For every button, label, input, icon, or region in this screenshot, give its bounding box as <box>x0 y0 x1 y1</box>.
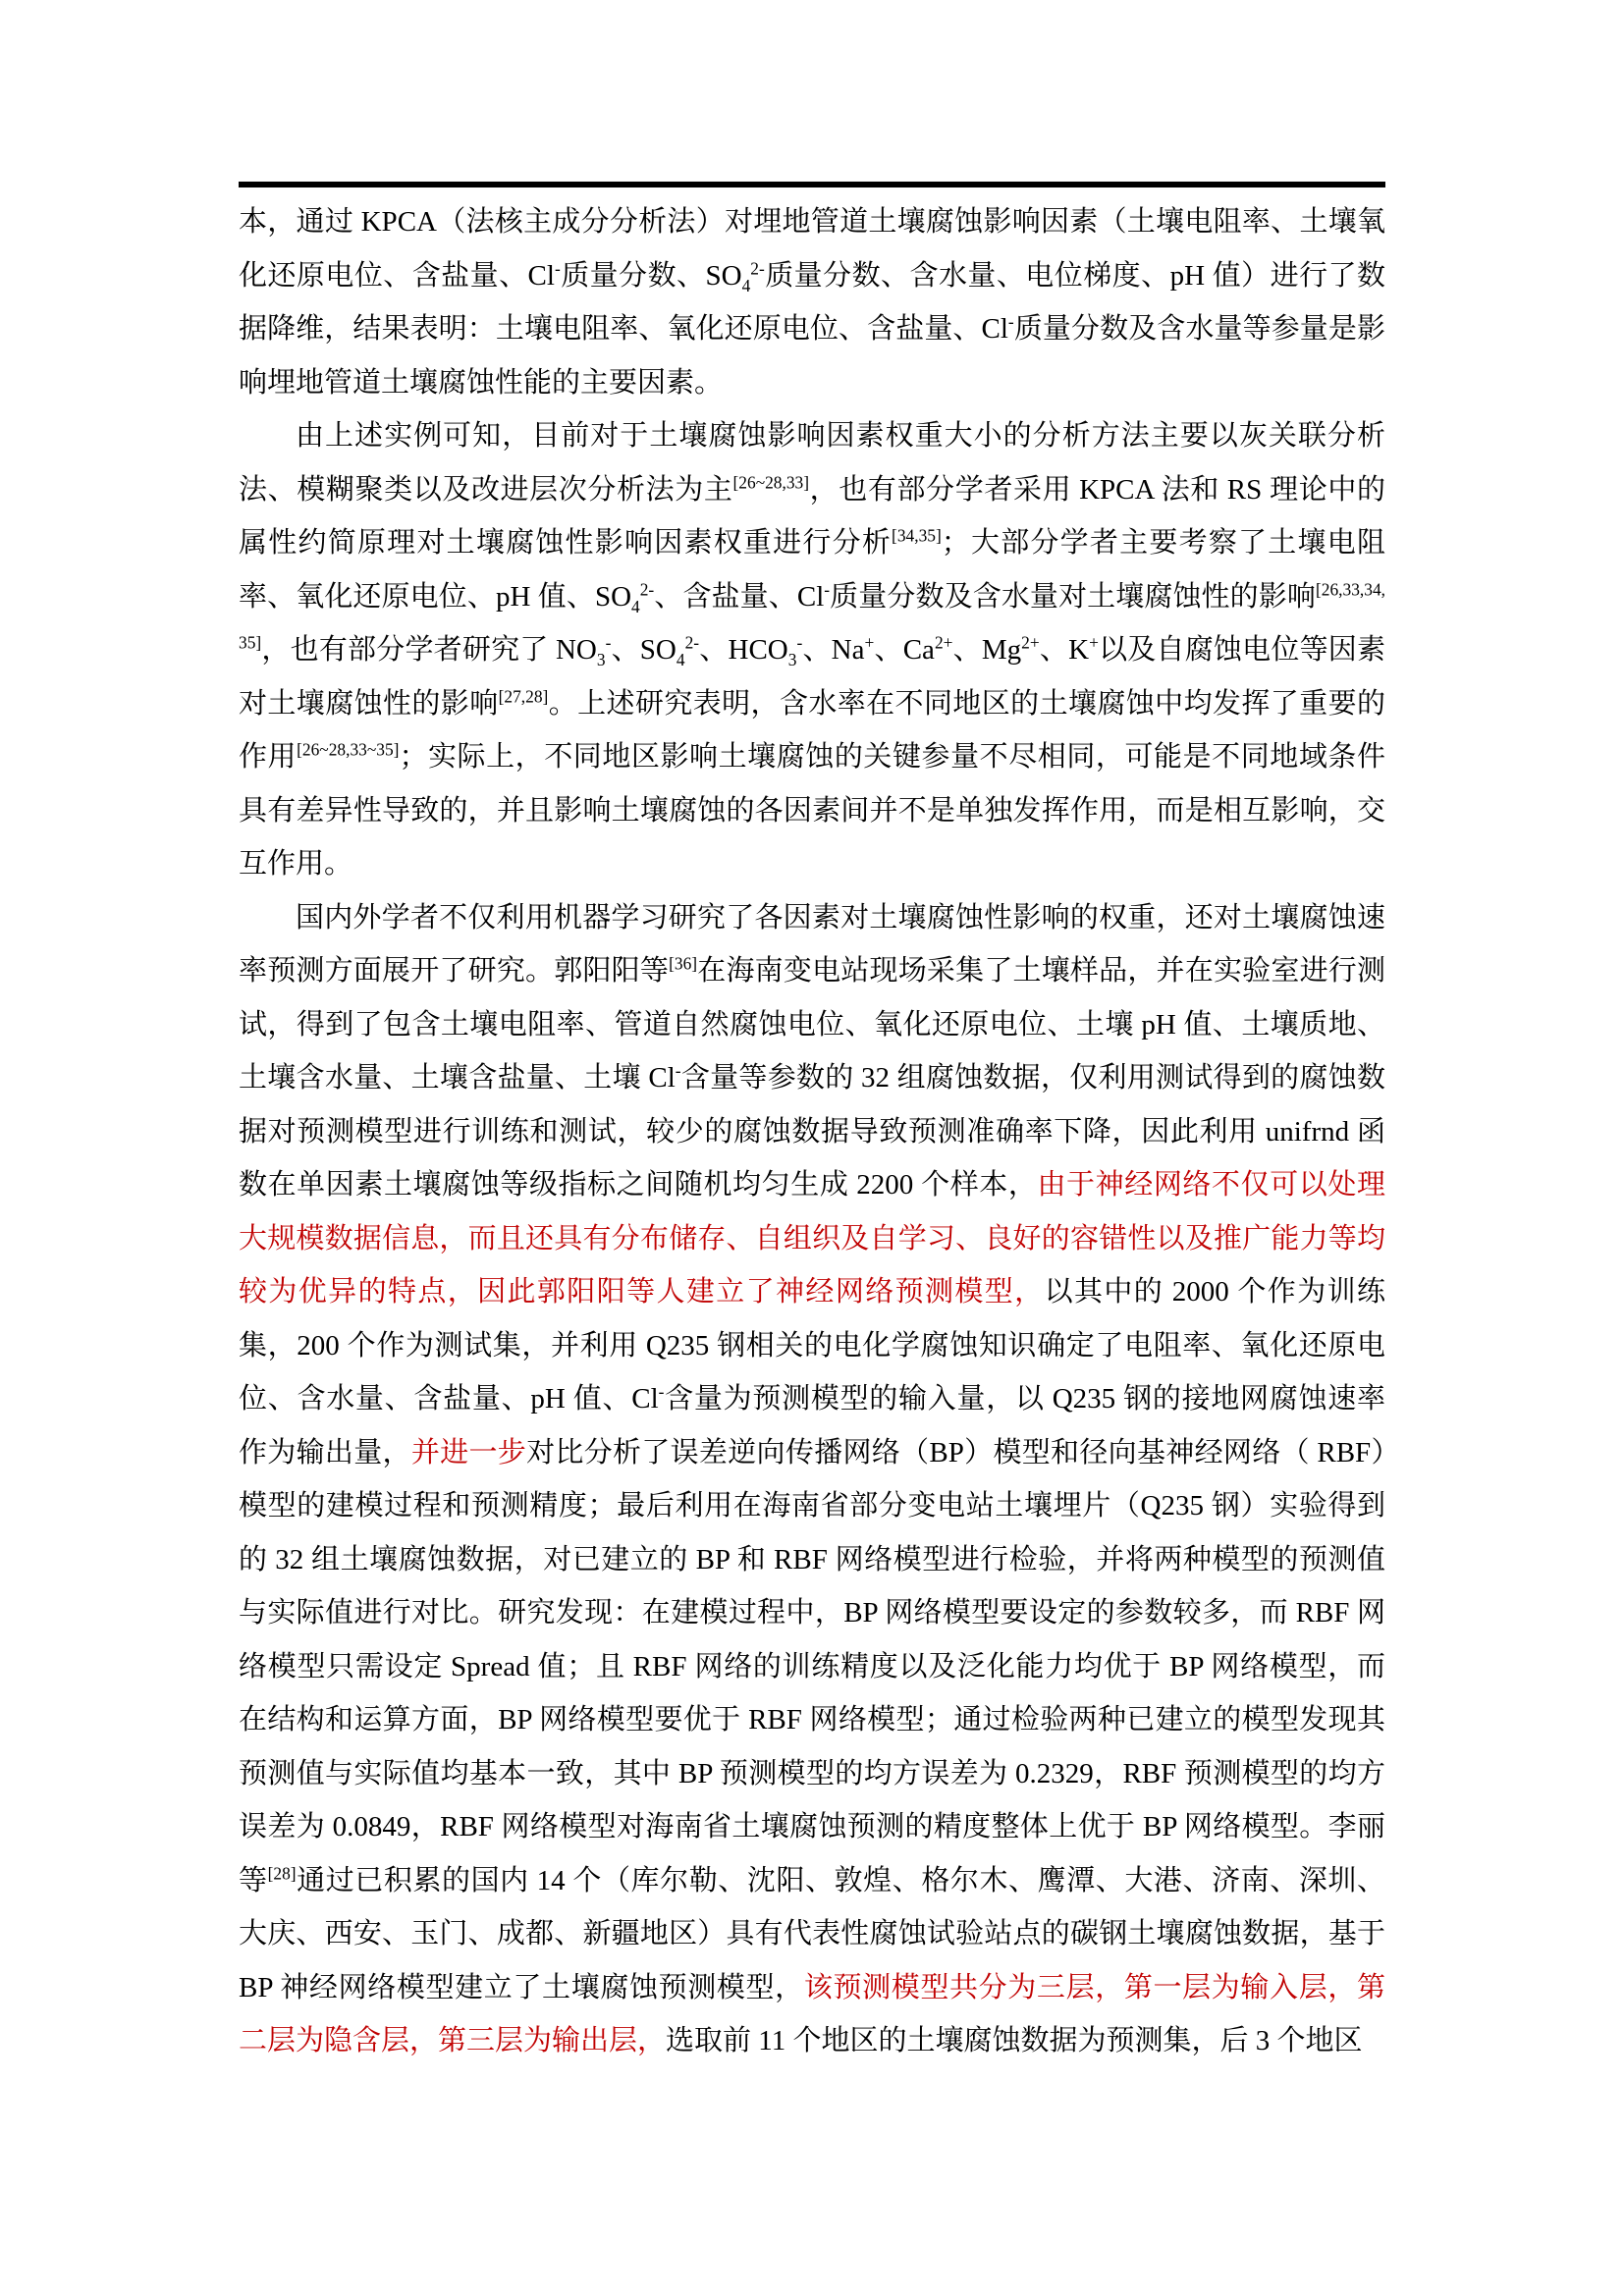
paragraph: 由上述实例可知，目前对于土壤腐蚀影响因素权重大小的分析方法主要以灰关联分析法、模… <box>239 409 1385 891</box>
text-segment: 、SO <box>611 634 677 666</box>
text-segment: 、Ca <box>874 634 935 666</box>
text-segment: 质量分数、SO <box>561 260 742 292</box>
text-segment: ，也有部分学者研究了 NO <box>261 634 597 666</box>
highlighted-text: 并进一步 <box>411 1437 526 1468</box>
page: 本，通过 KPCA（法核主成分分析法）对埋地管道土壤腐蚀影响因素（土壤电阻率、土… <box>0 0 1624 2296</box>
text-segment: 、HCO <box>699 634 788 666</box>
superscript: + <box>864 632 874 652</box>
text-segment: 选取前 11 个地区的土壤腐蚀数据为预测集，后 3 个地区 <box>666 2025 1362 2056</box>
superscript: 2+ <box>1021 632 1040 652</box>
citation-superscript: [34,35] <box>892 525 942 545</box>
subscript: 4 <box>677 650 685 669</box>
text-segment: 对比分析了误差逆向传播网络（BP）模型和径向基神经网络（ RBF）模型的建模过程… <box>239 1437 1385 1896</box>
citation-superscript: [36] <box>669 953 697 973</box>
document-body: 本，通过 KPCA（法核主成分分析法）对埋地管道土壤腐蚀影响因素（土壤电阻率、土… <box>239 195 1385 2068</box>
text-segment: 、Na <box>802 634 864 666</box>
citation-superscript: [28] <box>268 1863 297 1883</box>
text-segment: 、Mg <box>952 634 1021 666</box>
superscript: + <box>1089 632 1099 652</box>
header-rule <box>239 182 1385 187</box>
citation-superscript: [27,28] <box>499 686 549 706</box>
paragraph: 本，通过 KPCA（法核主成分分析法）对埋地管道土壤腐蚀影响因素（土壤电阻率、土… <box>239 195 1385 409</box>
subscript: 3 <box>597 650 606 669</box>
text-segment: 质量分数及含水量对土壤腐蚀性的影响 <box>830 581 1316 613</box>
citation-superscript: [26~28,33~35] <box>297 739 399 759</box>
superscript: 2+ <box>935 632 953 652</box>
subscript: 4 <box>631 596 640 615</box>
subscript: 4 <box>742 275 751 294</box>
citation-superscript: [26~28,33] <box>733 472 810 492</box>
text-segment: ；实际上，不同地区影响土壤腐蚀的关键参量不尽相同，可能是不同地域条件具有差异性导… <box>239 741 1385 880</box>
paragraph: 国内外学者不仅利用机器学习研究了各因素对土壤腐蚀性影响的权重，还对土壤腐蚀速率预… <box>239 891 1385 2068</box>
superscript: 2- <box>640 579 655 599</box>
text-segment: 、K <box>1040 634 1089 666</box>
subscript: 3 <box>788 650 797 669</box>
superscript: 2- <box>750 258 765 278</box>
superscript: 2- <box>685 632 700 652</box>
text-segment: 、含盐量、Cl <box>654 581 824 613</box>
